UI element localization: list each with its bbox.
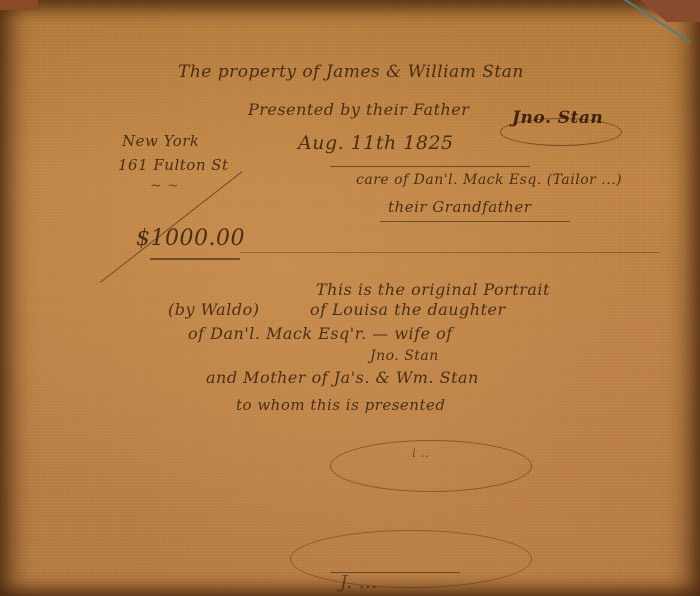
- description-line-5: to whom this is presented: [236, 396, 445, 414]
- header-line-1: The property of James & William Stan: [178, 62, 524, 82]
- lower-dots: i ..: [412, 446, 429, 460]
- description-line-2: of Louisa the daughter: [310, 300, 506, 319]
- description-line-3: of Dan'l. Mack Esq'r. — wife of: [188, 324, 453, 343]
- description-insert: Jno. Stan: [370, 348, 439, 364]
- location-street: 161 Fulton St: [118, 156, 229, 174]
- location-city: New York: [122, 132, 200, 150]
- description-artist: (by Waldo): [168, 300, 259, 319]
- frame-corner-top-left: [0, 0, 38, 10]
- lower-flourish-1: [330, 440, 532, 492]
- location-mark: ~ ~: [150, 178, 179, 194]
- header-line-2: Presented by their Father: [248, 100, 469, 119]
- section-divider: [240, 252, 660, 253]
- lower-partial-signature: J. ...: [340, 572, 377, 593]
- care-line-1: care of Dan'l. Mack Esq. (Tailor ...): [356, 172, 622, 188]
- signature-flourish: [500, 118, 622, 146]
- date-underline: [330, 166, 530, 167]
- lower-flourish-2: [290, 530, 532, 588]
- description-line-1: This is the original Portrait: [316, 280, 550, 299]
- care-line-2: their Grandfather: [388, 198, 531, 216]
- value-underline: [150, 258, 240, 260]
- care-underline: [380, 221, 570, 222]
- date: Aug. 11th 1825: [298, 132, 454, 154]
- value-amount: $1000.00: [136, 226, 245, 251]
- description-line-4: and Mother of Ja's. & Wm. Stan: [206, 368, 479, 387]
